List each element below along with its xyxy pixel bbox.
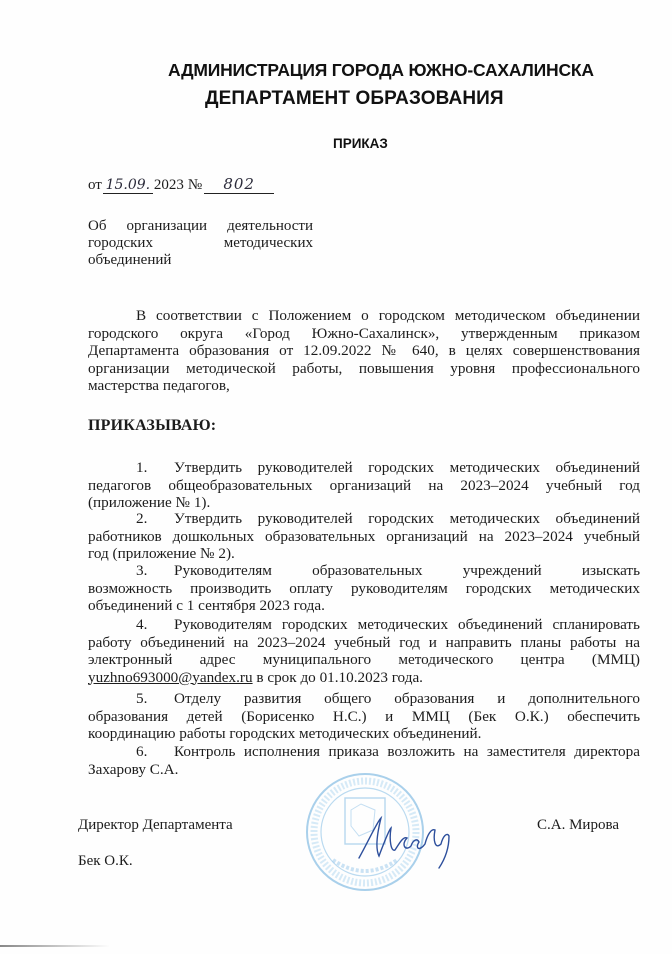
- signatory-name: С.А. Мирова: [537, 817, 619, 834]
- item-first-line: 2.Утвердить руководителей городских мето…: [88, 510, 640, 528]
- subject-line: объединений: [88, 252, 313, 269]
- item-text: Руководителям образовательных учреждений…: [174, 562, 640, 579]
- item-text: Утвердить руководителей городских методи…: [174, 459, 640, 476]
- item-line: работников дошкольных образовательных ор…: [88, 528, 640, 546]
- subject-line: городских методических: [88, 235, 313, 252]
- item-text: Руководителям городских методических объ…: [174, 616, 640, 633]
- item-line: координацию работы городских методически…: [88, 725, 640, 743]
- item-text: Утвердить руководителей городских методи…: [174, 510, 640, 527]
- item-number: 2.: [136, 510, 174, 528]
- order-item-2: 2.Утвердить руководителей городских мето…: [88, 510, 640, 563]
- item-line: (приложение № 1).: [88, 494, 640, 512]
- handwritten-date: 15.09.: [103, 178, 153, 194]
- item-text: Контроль исполнения приказа возложить на…: [174, 743, 640, 760]
- item-line: возможность производить оплату руководит…: [88, 580, 640, 598]
- order-item-3: 3.Руководителям образовательных учрежден…: [88, 562, 640, 615]
- preamble-line: организации методической работы, повышен…: [88, 360, 640, 378]
- item-line: работу объединений на 2023–2024 учебный …: [88, 634, 640, 652]
- item-number: 6.: [136, 743, 174, 761]
- order-date-number-line: от 15.09. 2023 № 802: [88, 177, 274, 194]
- handwritten-order-number: 802: [204, 177, 274, 194]
- order-subject: Об организации деятельности городских ме…: [88, 218, 313, 269]
- executor-name: Бек О.К.: [78, 853, 133, 870]
- item-first-line: 6.Контроль исполнения приказа возложить …: [88, 743, 640, 761]
- department-heading: ДЕПАРТАМЕНТ ОБРАЗОВАНИЯ: [205, 88, 504, 110]
- signatory-title: Директор Департамента: [78, 817, 233, 834]
- item-first-line: 5.Отделу развития общего образования и д…: [88, 690, 640, 708]
- deadline-text: в срок до 01.10.2023 года.: [253, 669, 423, 686]
- preamble-paragraph: В соответствии с Положением о городском …: [88, 307, 640, 395]
- email-link[interactable]: yuzhno693000@yandex.ru: [88, 669, 253, 686]
- item-number: 3.: [136, 562, 174, 580]
- item-line: объединений с 1 сентября 2023 года.: [88, 597, 640, 615]
- item-text: Отделу развития общего образования и доп…: [174, 690, 640, 707]
- item-number: 5.: [136, 690, 174, 708]
- item-number: 4.: [136, 616, 174, 634]
- preamble-line: мастерства педагогов,: [88, 377, 640, 395]
- order-year: 2023: [154, 177, 184, 194]
- number-label: №: [188, 177, 202, 194]
- scan-artifact-divider: [0, 945, 110, 947]
- preamble-line: Департамента образования от 12.09.2022 №…: [88, 342, 640, 360]
- subject-line: Об организации деятельности: [88, 218, 313, 235]
- item-line: педагогов общеобразовательных организаци…: [88, 477, 640, 495]
- item-first-line: 4.Руководителям городских методических о…: [88, 616, 640, 634]
- document-type-heading: ПРИКАЗ: [333, 136, 388, 151]
- date-prefix: от: [88, 177, 102, 194]
- item-line: образования детей (Борисенко Н.С.) и ММЦ…: [88, 708, 640, 726]
- order-item-4: 4.Руководителям городских методических о…: [88, 616, 640, 686]
- preamble-line: городского округа «Город Южно-Сахалинск»…: [88, 325, 640, 343]
- administration-heading: АДМИНИСТРАЦИЯ ГОРОДА ЮЖНО-САХАЛИНСКА: [168, 60, 594, 81]
- item-line: yuzhno693000@yandex.ru в срок до 01.10.2…: [88, 669, 640, 687]
- item-first-line: 3.Руководителям образовательных учрежден…: [88, 562, 640, 580]
- order-item-1: 1.Утвердить руководителей городских мето…: [88, 459, 640, 512]
- order-item-5: 5.Отделу развития общего образования и д…: [88, 690, 640, 743]
- item-number: 1.: [136, 459, 174, 477]
- document-page: АДМИНИСТРАЦИЯ ГОРОДА ЮЖНО-САХАЛИНСКА ДЕП…: [0, 0, 672, 954]
- handwritten-signature-icon: [355, 800, 465, 870]
- item-line: электронный адрес муниципального методич…: [88, 651, 640, 669]
- order-directive-heading: ПРИКАЗЫВАЮ:: [88, 417, 216, 435]
- item-line: год (приложение № 2).: [88, 545, 640, 563]
- preamble-line: В соответствии с Положением о городском …: [88, 307, 640, 325]
- item-first-line: 1.Утвердить руководителей городских мето…: [88, 459, 640, 477]
